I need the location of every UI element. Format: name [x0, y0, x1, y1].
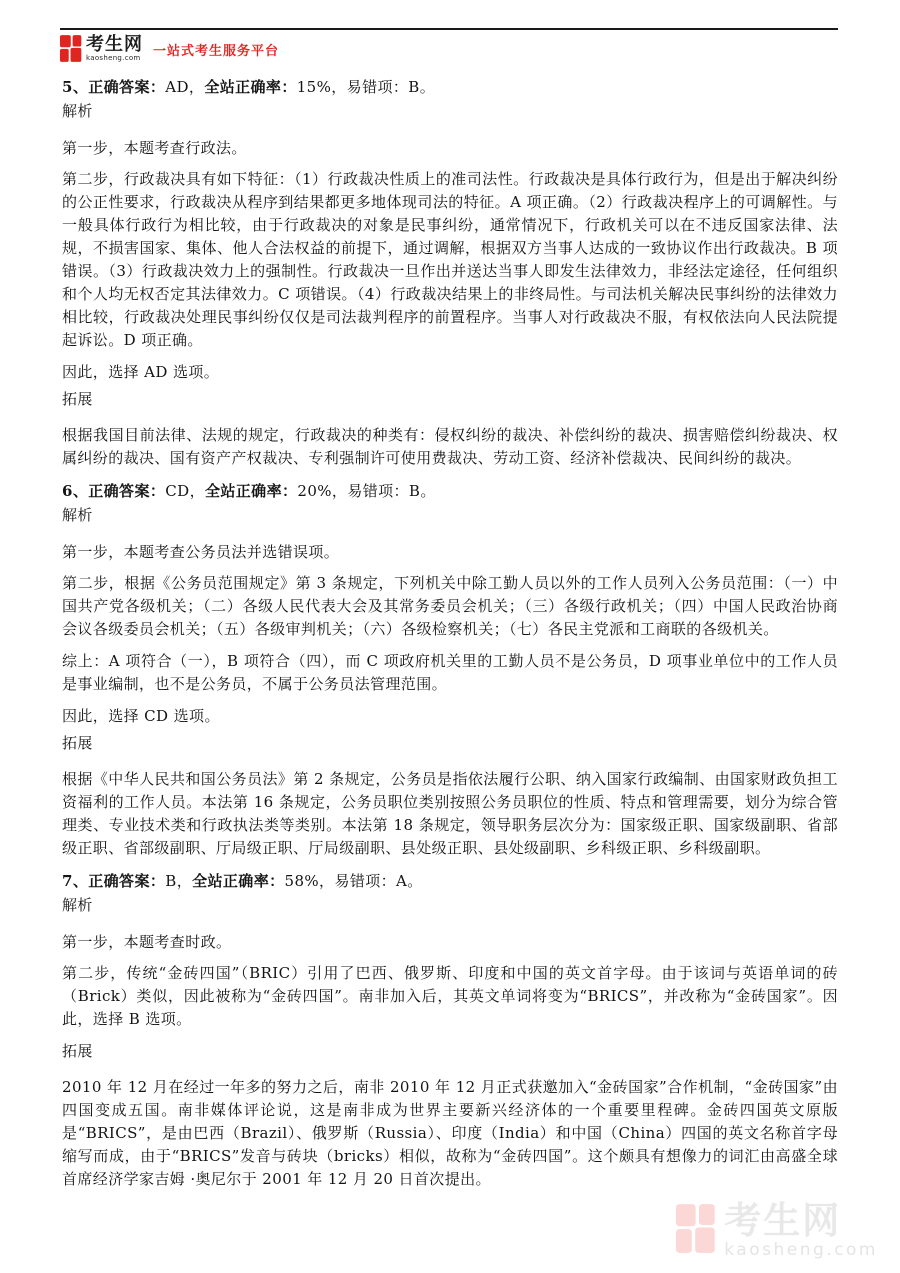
- brand-tagline: 一站式考生服务平台: [153, 40, 279, 62]
- question-block-5: 5、正确答案：AD，全站正确率：15%，易错项：B。 解析 第一步，本题考查行政…: [62, 76, 838, 470]
- rate-label: 全站正确率：: [205, 482, 297, 500]
- document-body: 5、正确答案：AD，全站正确率：15%，易错项：B。 解析 第一步，本题考查行政…: [62, 76, 838, 1191]
- rate-value: 20%，易错项：B。: [297, 482, 435, 500]
- answer-value: AD，: [165, 78, 204, 96]
- brand-domain: kaosheng.com: [86, 55, 143, 62]
- brand-name: 考生网: [86, 36, 143, 54]
- question-number: 5、: [62, 78, 88, 96]
- rate-value: 15%，易错项：B。: [297, 78, 435, 96]
- summary-paragraph: 综上：A 项符合（一），B 项符合（四），而 C 项政府机关里的工勤人员不是公务…: [62, 650, 838, 696]
- step2-paragraph: 第二步，行政裁决具有如下特征：（1）行政裁决性质上的准司法性。行政裁决是具体行政…: [62, 168, 838, 352]
- analysis-label: 解析: [62, 100, 838, 123]
- question-number: 7、: [62, 872, 88, 890]
- rate-label: 全站正确率：: [192, 872, 284, 890]
- rate-label: 全站正确率：: [204, 78, 296, 96]
- step1-paragraph: 第一步，本题考查时政。: [62, 931, 838, 954]
- question-heading: 7、正确答案：B，全站正确率：58%，易错项：A。: [62, 870, 838, 893]
- question-block-6: 6、正确答案：CD，全站正确率：20%，易错项：B。 解析 第一步，本题考查公务…: [62, 480, 838, 860]
- page-header: 考生网 kaosheng.com 一站式考生服务平台: [60, 28, 838, 62]
- question-number: 6、: [62, 482, 88, 500]
- watermark-domain: kaosheng.com: [724, 1242, 878, 1259]
- analysis-label: 解析: [62, 894, 838, 917]
- kaosheng-logo-icon: [60, 35, 82, 62]
- conclusion-line: 因此，选择 CD 选项。: [62, 705, 838, 728]
- rate-value: 58%，易错项：A。: [285, 872, 423, 890]
- watermark-text-block: 考生网 kaosheng.com: [724, 1202, 878, 1259]
- answer-label: 正确答案：: [88, 78, 165, 96]
- expansion-label: 拓展: [62, 388, 838, 411]
- step2-paragraph: 第二步，传统“金砖四国”（BRIC）引用了巴西、俄罗斯、印度和中国的英文首字母。…: [62, 962, 838, 1031]
- answer-value: CD，: [165, 482, 205, 500]
- question-heading: 6、正确答案：CD，全站正确率：20%，易错项：B。: [62, 480, 838, 503]
- step1-paragraph: 第一步，本题考查公务员法并选错误项。: [62, 541, 838, 564]
- question-block-7: 7、正确答案：B，全站正确率：58%，易错项：A。 解析 第一步，本题考查时政。…: [62, 870, 838, 1191]
- answer-label: 正确答案：: [88, 872, 165, 890]
- expansion-label: 拓展: [62, 1040, 838, 1063]
- watermark-brand: 考生网: [724, 1202, 878, 1239]
- watermark: 考生网 kaosheng.com: [676, 1202, 878, 1259]
- expansion-label: 拓展: [62, 732, 838, 755]
- conclusion-line: 因此，选择 AD 选项。: [62, 361, 838, 384]
- analysis-label: 解析: [62, 504, 838, 527]
- expansion-paragraph: 根据《中华人民共和国公务员法》第 2 条规定，公务员是指依法履行公职、纳入国家行…: [62, 768, 838, 860]
- expansion-paragraph: 根据我国目前法律、法规的规定，行政裁决的种类有：侵权纠纷的裁决、补偿纠纷的裁决、…: [62, 424, 838, 470]
- answer-value: B，: [165, 872, 192, 890]
- question-heading: 5、正确答案：AD，全站正确率：15%，易错项：B。: [62, 76, 838, 99]
- step1-paragraph: 第一步，本题考查行政法。: [62, 137, 838, 160]
- brand-block: 考生网 kaosheng.com: [86, 36, 143, 62]
- answer-label: 正确答案：: [88, 482, 165, 500]
- watermark-logo-icon: [676, 1204, 716, 1253]
- step2-paragraph: 第二步，根据《公务员范围规定》第 3 条规定，下列机关中除工勤人员以外的工作人员…: [62, 572, 838, 641]
- expansion-paragraph: 2010 年 12 月在经过一年多的努力之后，南非 2010 年 12 月正式获…: [62, 1076, 838, 1191]
